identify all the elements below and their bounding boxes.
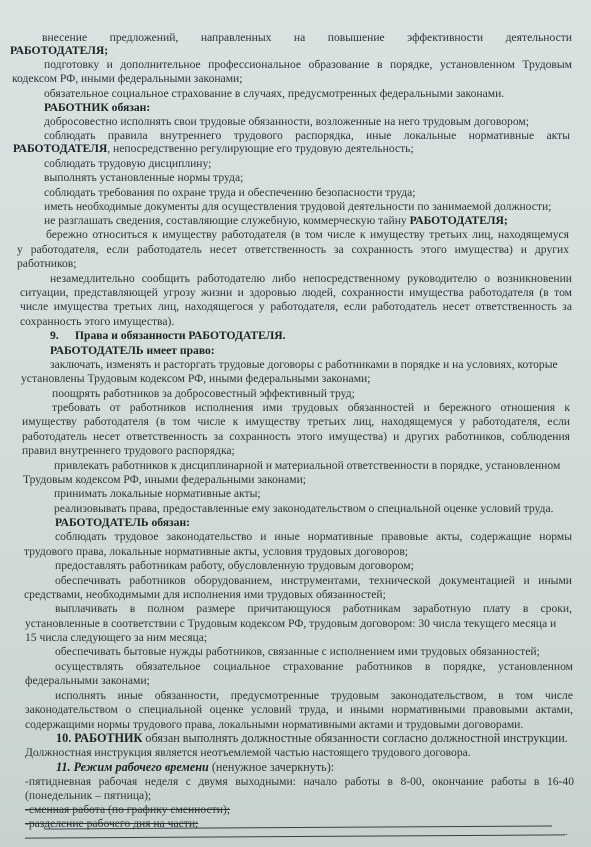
text-line: бережно относиться к имуществу работодат… [46,228,569,242]
text-line: внесение предложений, направленных на по… [42,31,572,45]
section-heading: Права и обязанности РАБОТОДАТЕЛЯ. [75,329,286,343]
text-line: выплачивать в полном размере причитающую… [55,602,572,616]
text-line: Трудовым кодексом РФ, иными федеральными… [23,473,306,487]
text-line: у работодателя, если работодатель несет … [17,243,569,257]
text-line: содержащими нормы трудового права, локал… [25,718,523,732]
blank-underline [25,834,565,838]
line-end-period: . [565,826,568,840]
text-line: -пятидневная рабочая неделя с двумя выхо… [25,775,574,789]
text-line: соблюдать правила внутреннего трудового … [44,129,570,143]
text-line: числе имущества третьих лиц, находящегос… [20,300,572,314]
text-span: обязан выполнять должностные обязанности… [142,731,567,745]
text-line: 10. РАБОТНИК обязан выполнять должностны… [56,731,568,745]
text-line: РАБОТОДАТЕЛЯ, непосредственно регулирующ… [13,142,414,156]
text-span: (ненужное зачеркнуть): [209,760,334,774]
text-line: не разглашать сведения, составляющие слу… [44,214,508,228]
employer-bold: РАБОТОДАТЕЛЯ; [410,214,508,227]
text-line-bold: РАБОТОДАТЕЛЯ; [10,44,108,58]
text-line: кодексом РФ, иными федеральными законами… [12,72,242,86]
text-line: работодатель несет ответственность за со… [22,430,570,444]
text-line: имуществу работодателя (в том числе к им… [22,415,570,429]
section-heading: РАБОТНИК обязан: [44,101,150,115]
text-line: выполнять установленные нормы труда; [44,171,243,185]
text-span: не разглашать сведения, составляющие слу… [44,214,410,227]
text-line: заключать, изменять и расторгать трудовы… [50,358,558,372]
text-line: сохранность этого имущества). [20,315,174,329]
section-number: 9. [50,329,59,343]
section-heading: РАБОТОДАТЕЛЬ имеет право: [50,344,215,358]
text-line: исполнять иные обязанности, предусмотрен… [55,689,573,703]
text-line: незамедлительно сообщить работодателю ли… [50,272,572,286]
text-line: добросовестно исполнять свои трудовые об… [44,115,529,129]
text-line: федеральными законами; [25,674,150,688]
text-line: обязательное социальное страхование в сл… [44,87,504,101]
text-line: соблюдать трудовую дисциплину; [44,157,211,171]
section-10-heading: 10. РАБОТНИК [56,731,142,745]
text-line: обеспечивать бытовые нужды работников, с… [55,645,540,659]
text-line: соблюдать трудовое законодательство и ин… [55,530,572,544]
contract-page: внесение предложений, направленных на по… [0,0,591,847]
text-line: трудового права, локальные нормативные а… [24,545,408,559]
section-heading: РАБОТОДАТЕЛЬ обязан: [55,516,190,530]
struck-option-shift-work: -сменная работа (по графику сменности); [25,803,230,817]
employer-bold: РАБОТОДАТЕЛЯ [13,142,107,155]
text-line: ситуации, представляющей угрозу жизни и … [20,286,572,300]
text-line: соблюдать требования по охране труда и о… [44,186,415,200]
text-line: поощрять работников за добросовестный эф… [52,387,355,401]
text-line: принимать локальные нормативные акты; [54,487,261,501]
text-line: осуществлять обязательное социальное стр… [55,660,573,674]
text-line: законодательством о специальной оценке у… [25,703,573,717]
section-11-heading: 11. Режим рабочего времени [56,760,209,774]
text-line: подготовку и дополнительное профессионал… [44,58,572,72]
text-line: обеспечивать работников оборудованием, и… [55,574,572,588]
text-line: требовать от работников исполнения ими т… [52,401,570,415]
text-line: установлены Трудовым кодексом РФ, иными … [21,372,370,386]
text-line: работников; [17,257,77,271]
text-line: реализовывать права, предоставленные ему… [54,502,554,516]
text-line: правил внутреннего трудового распорядка; [22,444,235,458]
text-line: 15 числа следующего за ним месяца; [25,631,207,645]
text-line: установленные в соответствии с Трудовым … [25,617,556,631]
text-line: средствами, необходимыми для исполнения … [24,588,386,602]
text-line: предоставлять работникам работу, обуслов… [55,559,414,573]
text-line: привлекать работников к дисциплинарной и… [54,459,560,473]
text-line: (понедельник – пятница); [25,789,151,803]
text-span: , непосредственно регулирующие его трудо… [107,142,413,155]
text-line: 11. Режим рабочего времени (ненужное зач… [56,760,334,774]
text-line: иметь необходимые документы для осуществ… [44,200,551,214]
text-line: Должностная инструкция является неотъемл… [25,746,471,760]
